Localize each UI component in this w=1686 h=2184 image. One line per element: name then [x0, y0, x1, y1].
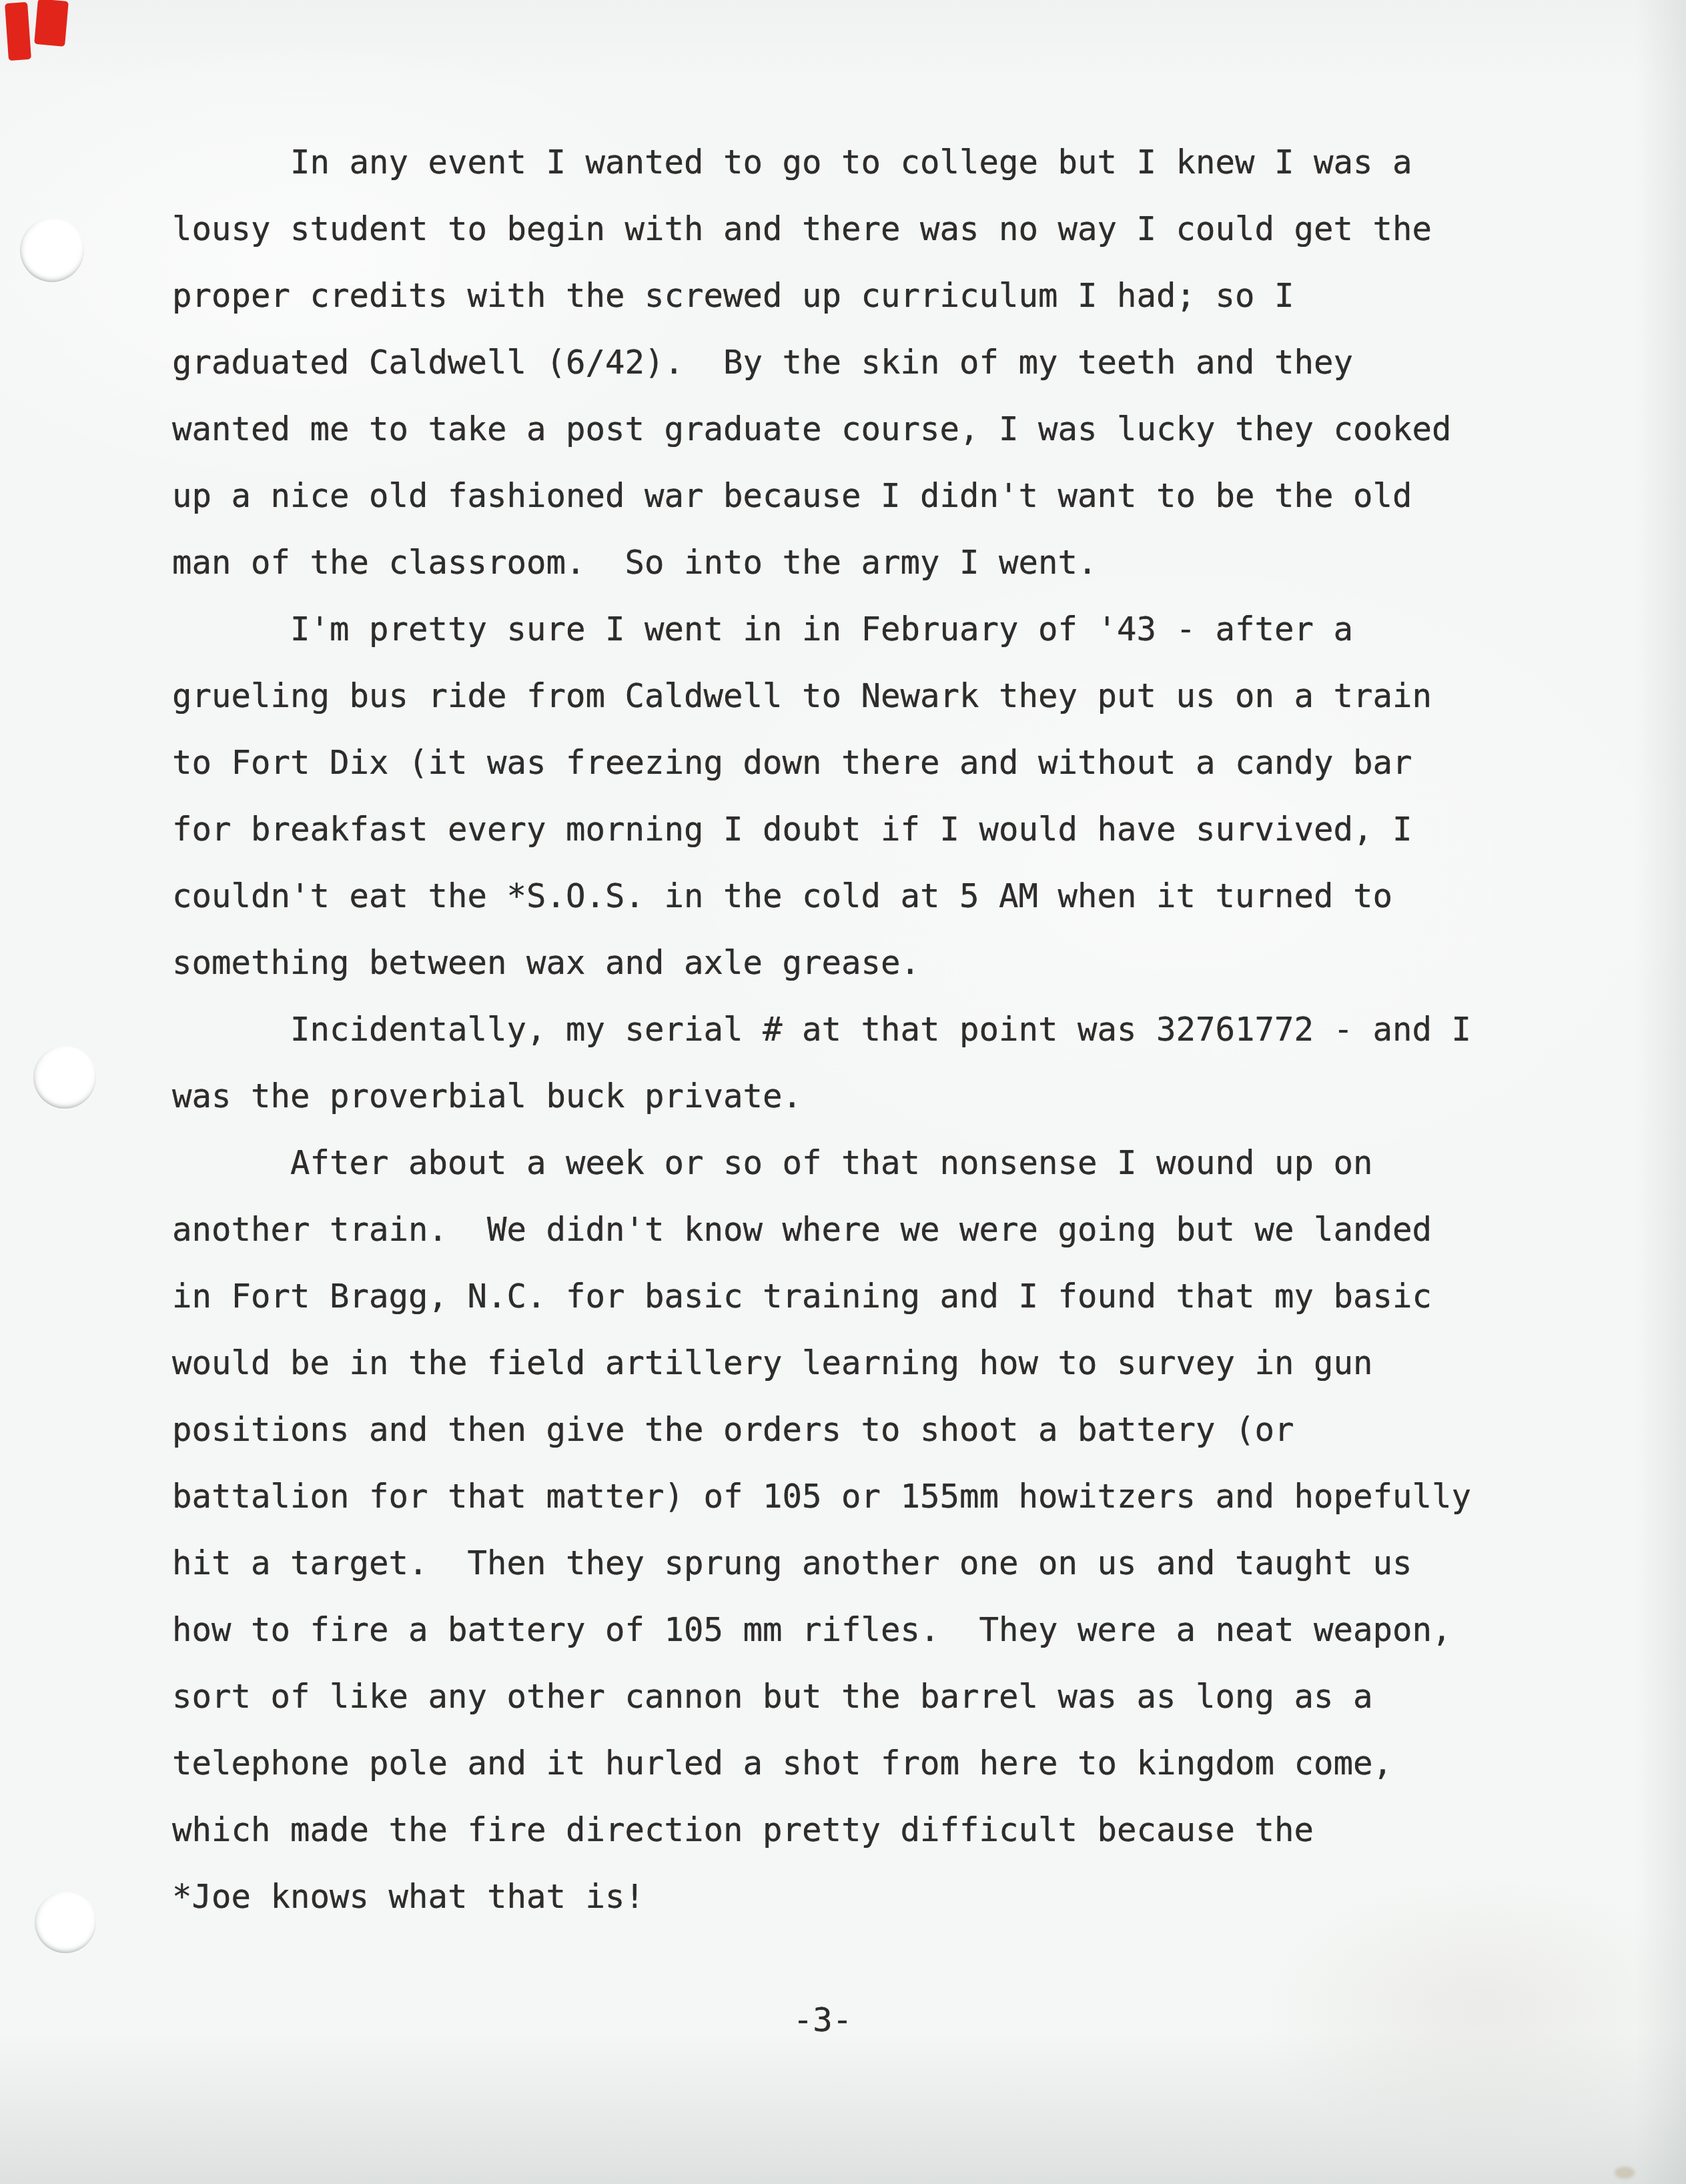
text-line: up a nice old fashioned war because I di… — [172, 463, 1527, 530]
text-line: how to fire a battery of 105 mm rifles. … — [172, 1597, 1527, 1664]
text-line: sort of like any other cannon but the ba… — [172, 1664, 1527, 1730]
text-line: wanted me to take a post graduate course… — [172, 396, 1527, 463]
text-line: which made the fire direction pretty dif… — [172, 1797, 1527, 1864]
red-scan-mark — [34, 0, 69, 47]
text-line: In any event I wanted to go to college b… — [172, 129, 1527, 196]
paper-speckle — [1615, 2167, 1635, 2179]
red-scan-mark — [5, 2, 31, 61]
text-line: graduated Caldwell (6/42). By the skin o… — [172, 330, 1527, 396]
text-line: positions and then give the orders to sh… — [172, 1397, 1527, 1464]
text-line: lousy student to begin with and there wa… — [172, 196, 1527, 263]
text-line: to Fort Dix (it was freezing down there … — [172, 730, 1527, 796]
text-line: hit a target. Then they sprung another o… — [172, 1530, 1527, 1597]
text-line: I'm pretty sure I went in in February of… — [172, 596, 1527, 663]
punch-hole — [20, 218, 84, 282]
text-line: couldn't eat the *S.O.S. in the cold at … — [172, 863, 1527, 930]
text-block: In any event I wanted to go to college b… — [172, 129, 1527, 1931]
text-line: for breakfast every morning I doubt if I… — [172, 796, 1527, 863]
text-line: *Joe knows what that is! — [172, 1864, 1527, 1931]
text-line: grueling bus ride from Caldwell to Newar… — [172, 663, 1527, 730]
scanned-typewritten-page: In any event I wanted to go to college b… — [0, 0, 1686, 2184]
page-number: -3- — [172, 1987, 1473, 2054]
text-line: something between wax and axle grease. — [172, 930, 1527, 997]
text-line: battalion for that matter) of 105 or 155… — [172, 1464, 1527, 1530]
punch-hole — [33, 1046, 96, 1109]
text-line: man of the classroom. So into the army I… — [172, 530, 1527, 596]
punch-hole — [35, 1892, 96, 1953]
text-line: After about a week or so of that nonsens… — [172, 1130, 1527, 1197]
text-line: Incidentally, my serial # at that point … — [172, 997, 1527, 1063]
text-line: would be in the field artillery learning… — [172, 1330, 1527, 1397]
text-line: proper credits with the screwed up curri… — [172, 263, 1527, 330]
text-line: in Fort Bragg, N.C. for basic training a… — [172, 1263, 1527, 1330]
text-line: was the proverbial buck private. — [172, 1063, 1527, 1130]
text-line: telephone pole and it hurled a shot from… — [172, 1730, 1527, 1797]
text-line: another train. We didn't know where we w… — [172, 1197, 1527, 1263]
